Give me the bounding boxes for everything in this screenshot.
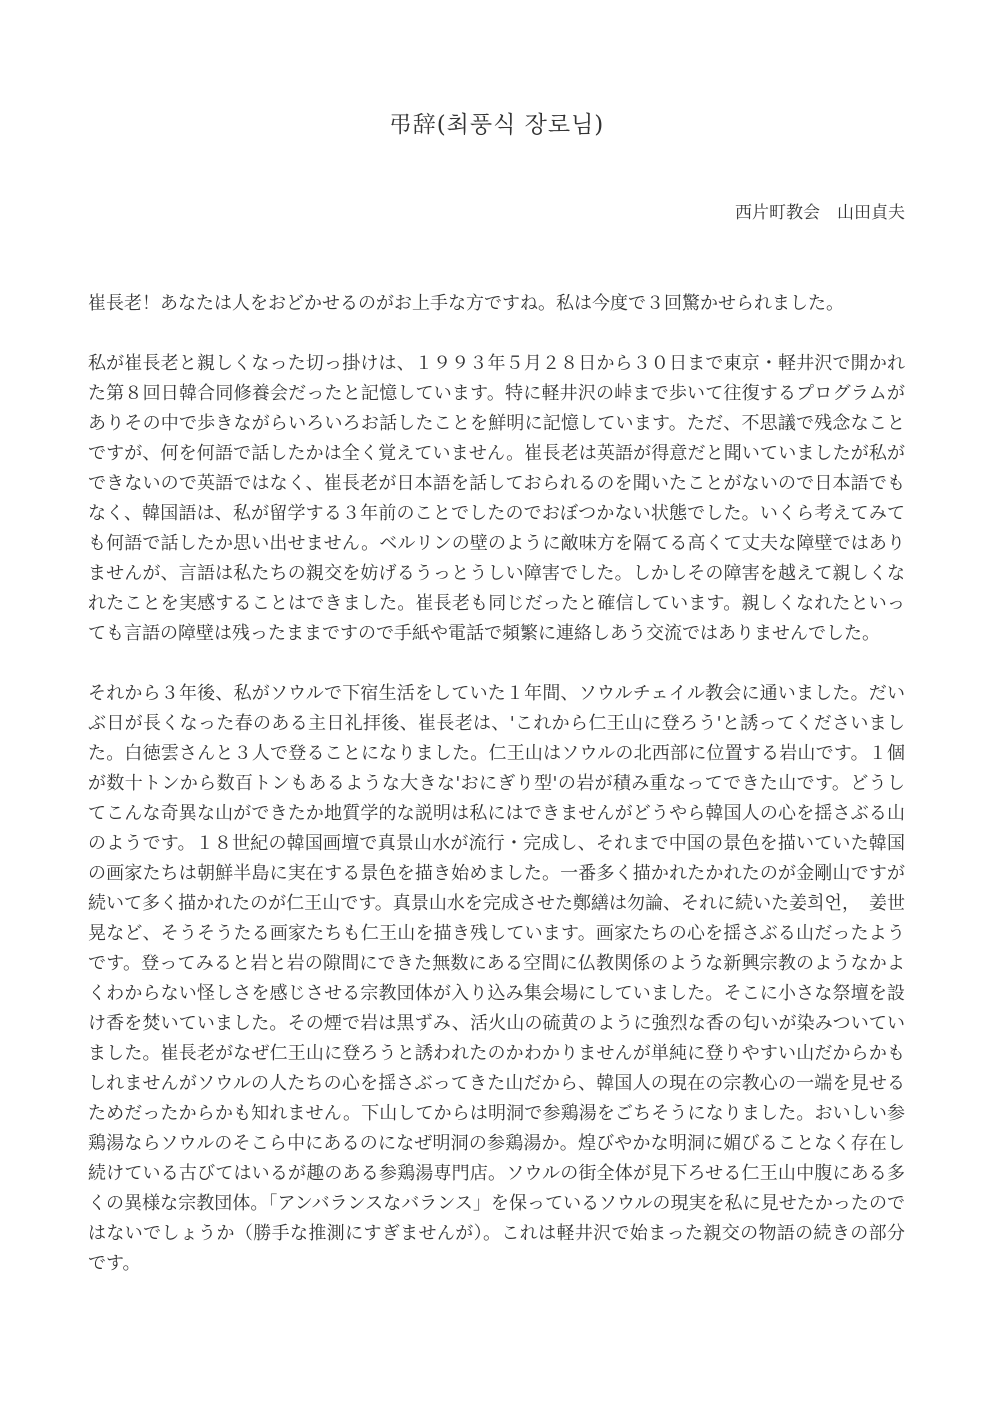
document-page: 弔辞(최풍식 장로님) 西片町教会 山田貞夫 崔長老！あなたは人をおどかせるのが… — [0, 0, 992, 1403]
document-title: 弔辞(최풍식 장로님) — [88, 0, 905, 139]
paragraph-greeting: 崔長老！あなたは人をおどかせるのがお上手な方ですね。私は今度で３回驚かせられまし… — [88, 289, 905, 319]
paragraph-seoul-inwangsan: それから３年後、私がソウルで下宿生活をしていた１年間、ソウルチェイル教会に通いま… — [88, 679, 905, 1279]
byline: 西片町教会 山田貞夫 — [88, 201, 905, 225]
paragraph-karuizawa-memory: 私が崔長老と親しくなった切っ掛けは、１９９３年５月２８日から３０日まで東京・軽井… — [88, 349, 905, 649]
